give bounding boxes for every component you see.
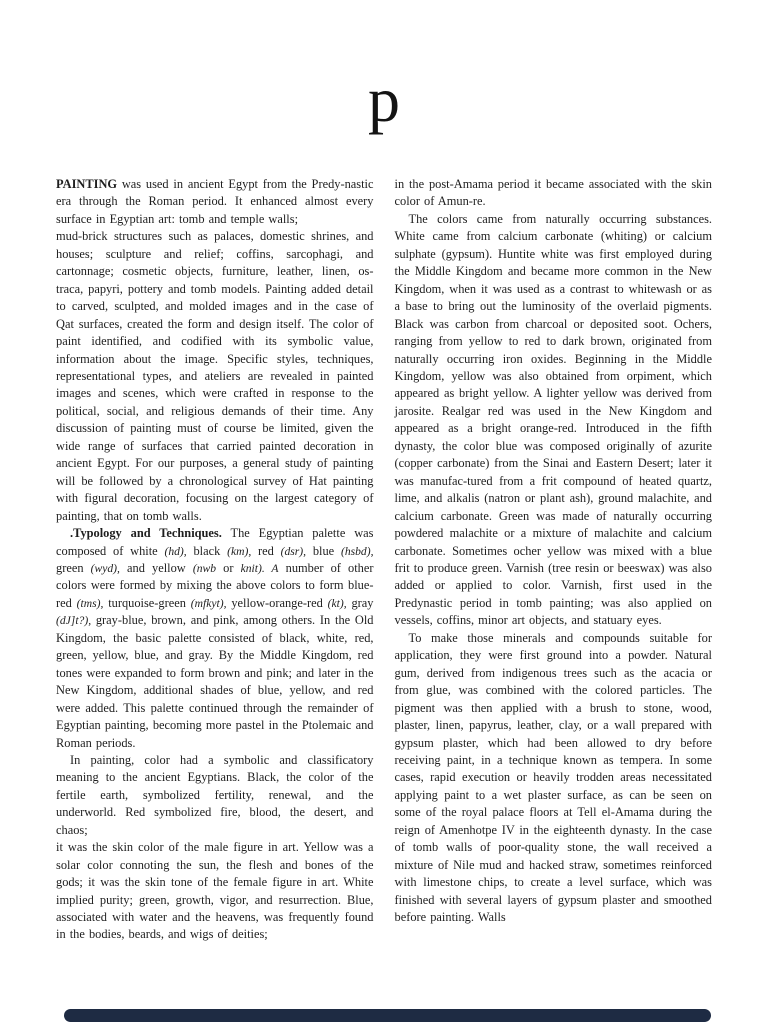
text-run: (dJ]t?), xyxy=(56,614,91,627)
text-run: (dsr), xyxy=(281,545,306,558)
paragraph-color-symbolism: In painting, color had a symbolic and cl… xyxy=(56,752,374,839)
paragraph-surfaces: mud-brick structures such as palaces, do… xyxy=(56,228,374,525)
text-run: knit). A xyxy=(241,562,279,575)
paragraph-painting-intro: PAINTING was used in ancient Egypt from … xyxy=(56,176,374,228)
text-run: (mfkyt), xyxy=(191,597,227,610)
text-run: (km), xyxy=(227,545,251,558)
text-run: gray xyxy=(347,596,374,610)
text-run: red xyxy=(251,544,280,558)
viewer-bottom-scrollbar[interactable] xyxy=(64,1009,711,1022)
text-run: mud-brick structures such as palaces, do… xyxy=(56,229,374,522)
text-run: in the post-Amama period it became assoc… xyxy=(395,177,713,208)
paragraph-application-methods: To make those minerals and compounds sui… xyxy=(395,630,713,927)
text-run: (hsbd), xyxy=(341,545,374,558)
text-run: (tms), xyxy=(77,597,104,610)
text-run: blue xyxy=(306,544,341,558)
text-run: (hd), xyxy=(164,545,186,558)
text-run: or xyxy=(216,561,241,575)
text-run: and yellow xyxy=(120,561,193,575)
text-run: yellow-orange-red xyxy=(227,596,328,610)
paragraph-typology-techniques: .Typology and Techniques. The Egyptian p… xyxy=(56,525,374,752)
text-run: The colors came from naturally occurring… xyxy=(395,212,713,627)
text-run: (wyd), xyxy=(91,562,120,575)
text-run: (nwb xyxy=(193,562,216,575)
section-letter-heading: p xyxy=(0,68,768,132)
text-run: turquoise-green xyxy=(103,596,190,610)
left-column: PAINTING was used in ancient Egypt from … xyxy=(56,176,374,944)
text-run: it was the skin color of the male figure… xyxy=(56,840,374,941)
text-run: To make those minerals and compounds sui… xyxy=(395,631,713,924)
right-column: in the post-Amama period it became assoc… xyxy=(395,176,713,944)
paragraph-pigment-sources: The colors came from naturally occurring… xyxy=(395,211,713,630)
text-run: gray-blue, brown, and pink, among others… xyxy=(56,613,374,749)
two-column-text: PAINTING was used in ancient Egypt from … xyxy=(0,176,768,944)
text-run: PAINTING xyxy=(56,177,117,191)
text-run: (kt), xyxy=(328,597,347,610)
paragraph-skin-colors: it was the skin color of the male figure… xyxy=(56,839,374,944)
text-run: green xyxy=(56,561,91,575)
text-run: .Typology and Techniques. xyxy=(70,526,222,540)
text-run: In painting, color had a symbolic and cl… xyxy=(56,753,374,837)
document-page: p PAINTING was used in ancient Egypt fro… xyxy=(0,0,768,1024)
text-run: black xyxy=(187,544,227,558)
paragraph-amun-re: in the post-Amama period it became assoc… xyxy=(395,176,713,211)
